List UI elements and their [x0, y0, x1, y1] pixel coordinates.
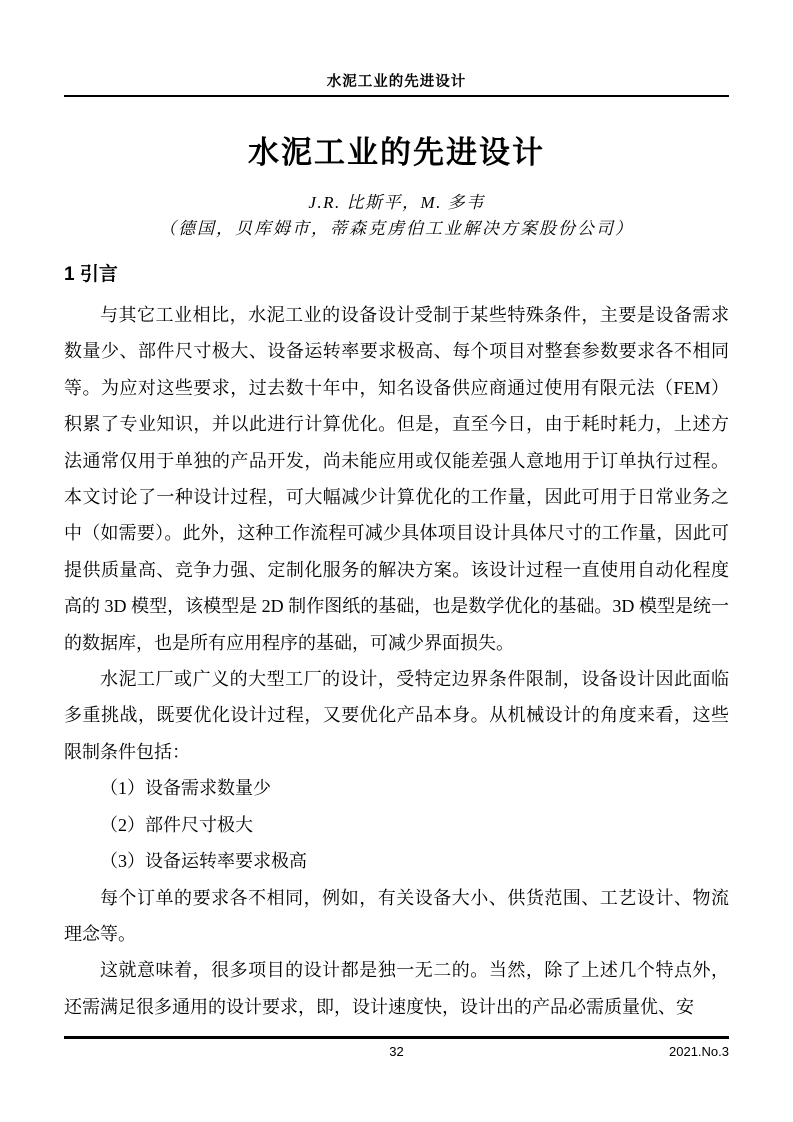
header-rule — [64, 95, 729, 97]
page-content: 水泥工业的先进设计 水泥工业的先进设计 J.R. 比斯平，M. 多韦 （德国，贝… — [64, 0, 729, 1025]
paragraph-3: 每个订单的要求各不相同，例如，有关设备大小、供货范围、工艺设计、物流理念等。 — [64, 880, 729, 953]
running-header-title: 水泥工业的先进设计 — [64, 0, 729, 91]
page-number: 32 — [64, 1044, 729, 1060]
footer-rule — [64, 1036, 729, 1039]
paragraph-4: 这就意味着，很多项目的设计都是独一无二的。当然，除了上述几个特点外，还需满足很多… — [64, 952, 729, 1025]
authors-line: J.R. 比斯平，M. 多韦 — [64, 192, 729, 214]
issue-number: 2021.No.3 — [669, 1044, 729, 1060]
list-item-1: （1）设备需求数量少 — [64, 770, 729, 806]
page-footer: 32 2021.No.3 — [64, 1036, 729, 1060]
paragraph-1: 与其它工业相比，水泥工业的设备设计受制于某些特殊条件，主要是设备需求数量少、部件… — [64, 297, 729, 661]
list-item-3: （3）设备运转率要求极高 — [64, 843, 729, 879]
paragraph-2: 水泥工厂或广义的大型工厂的设计，受特定边界条件限制，设备设计因此面临多重挑战，既… — [64, 661, 729, 770]
footer-row: 32 2021.No.3 — [64, 1044, 729, 1060]
affiliation-line: （德国，贝库姆市，蒂森克虏伯工业解决方案股份公司） — [64, 217, 729, 241]
list-item-2: （2）部件尺寸极大 — [64, 807, 729, 843]
article-title: 水泥工业的先进设计 — [64, 135, 729, 171]
article-body: 与其它工业相比，水泥工业的设备设计受制于某些特殊条件，主要是设备需求数量少、部件… — [64, 297, 729, 1025]
section-heading-introduction: 1 引言 — [64, 262, 729, 288]
document-page: 水泥工业的先进设计 水泥工业的先进设计 J.R. 比斯平，M. 多韦 （德国，贝… — [0, 0, 793, 1122]
